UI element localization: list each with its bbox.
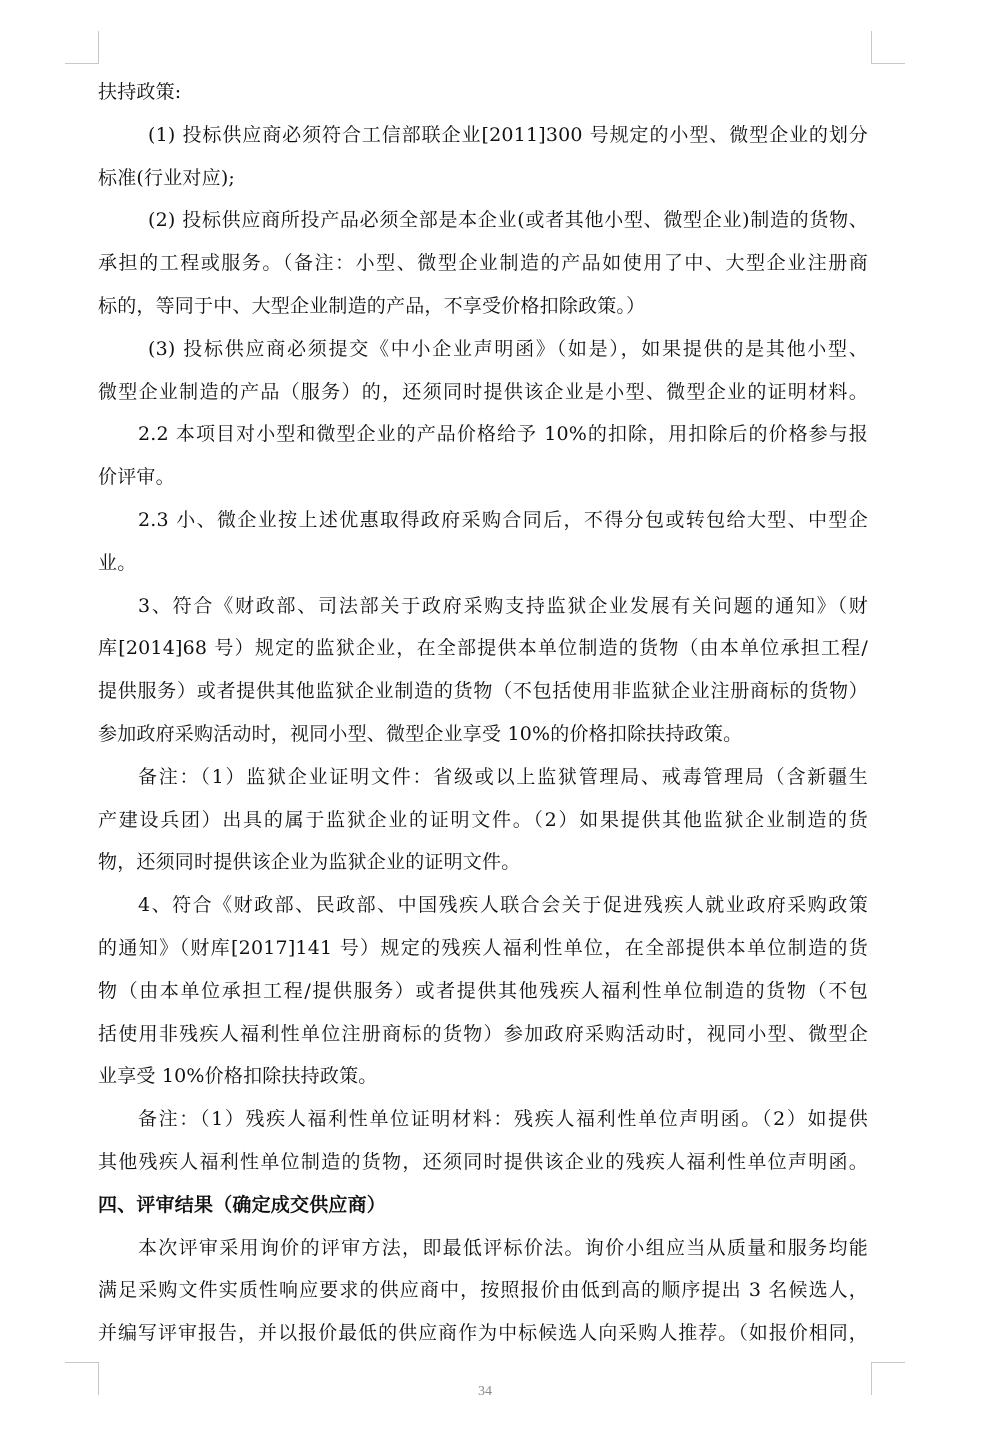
text-line: 提供服务）或者提供其他监狱企业制造的货物（不包括使用非监狱企业注册商标的货物） [98, 670, 868, 713]
text-line: 微型企业制造的产品（服务）的，还须同时提供该企业是小型、微型企业的证明材料。 [98, 371, 868, 414]
page-number: 34 [0, 1384, 970, 1400]
section-heading-evaluation-result: 四、评审结果（确定成交供应商） [98, 1184, 868, 1227]
list-item-3: (3) 投标供应商必须提交《中小企业声明函》（如是），如果提供的是其他小型、 [98, 328, 868, 371]
list-item-1: (1) 投标供应商必须符合工信部联企业[2011]300 号规定的小型、微型企业… [98, 114, 868, 157]
text-line: 价评审。 [98, 456, 868, 499]
text-line: 其他残疾人福利性单位制造的货物，还须同时提供该企业的残疾人福利性单位声明函。 [98, 1141, 868, 1184]
text-line: 参加政府采购活动时，视同小型、微型企业享受 10%的价格扣除扶持政策。 [98, 713, 868, 756]
text-line: 承担的工程或服务。（备注：小型、微型企业制造的产品如使用了中、大型企业注册商 [98, 242, 868, 285]
clause-4: 4、符合《财政部、民政部、中国残疾人联合会关于促进残疾人就业政府采购政策 [98, 884, 868, 927]
text-line: 并编写评审报告，并以报价最低的供应商作为中标候选人向采购人推荐。（如报价相同， [98, 1312, 868, 1355]
text-line: 括使用非残疾人福利性单位注册商标的货物）参加政府采购活动时，视同小型、微型企 [98, 1013, 868, 1056]
text-line: 业。 [98, 542, 868, 585]
text-line: 产建设兵团）出具的属于监狱企业的证明文件。（2）如果提供其他监狱企业制造的货 [98, 799, 868, 842]
text-line: 的通知》（财库[2017]141 号）规定的残疾人福利性单位，在全部提供本单位制… [98, 927, 868, 970]
note-disabled-welfare: 备注：（1）残疾人福利性单位证明材料：残疾人福利性单位声明函。（2）如提供 [98, 1098, 868, 1141]
text-line: 物（由本单位承担工程/提供服务）或者提供其他残疾人福利性单位制造的货物（不包 [98, 970, 868, 1013]
text-line: 库[2014]68 号）规定的监狱企业，在全部提供本单位制造的货物（由本单位承担… [98, 627, 868, 670]
paragraph-evaluation-method: 本次评审采用询价的评审方法，即最低评标价法。询价小组应当从质量和服务均能 [98, 1227, 868, 1270]
crop-mark-top-left [65, 31, 99, 64]
text-line: 扶持政策: [98, 71, 868, 114]
text-line: 标的，等同于中、大型企业制造的产品，不享受价格扣除政策。） [98, 285, 868, 328]
list-item-2: (2) 投标供应商所投产品必须全部是本企业(或者其他小型、微型企业)制造的货物、 [98, 199, 868, 242]
text-line: 标准(行业对应); [98, 157, 868, 200]
crop-mark-top-right [871, 31, 905, 64]
text-line: 业享受 10%价格扣除扶持政策。 [98, 1055, 868, 1098]
clause-3: 3、符合《财政部、司法部关于政府采购支持监狱企业发展有关问题的通知》（财 [98, 585, 868, 628]
text-line: 物，还须同时提供该企业为监狱企业的证明文件。 [98, 841, 868, 884]
clause-2-2: 2.2 本项目对小型和微型企业的产品价格给予 10%的扣除，用扣除后的价格参与报 [98, 413, 868, 456]
note-prison-enterprise: 备注：（1）监狱企业证明文件：省级或以上监狱管理局、戒毒管理局（含新疆生 [98, 756, 868, 799]
document-body: 扶持政策: (1) 投标供应商必须符合工信部联企业[2011]300 号规定的小… [98, 71, 868, 1355]
text-line: 满足采购文件实质性响应要求的供应商中，按照报价由低到高的顺序提出 3 名候选人， [98, 1269, 868, 1312]
clause-2-3: 2.3 小、微企业按上述优惠取得政府采购合同后，不得分包或转包给大型、中型企 [98, 499, 868, 542]
